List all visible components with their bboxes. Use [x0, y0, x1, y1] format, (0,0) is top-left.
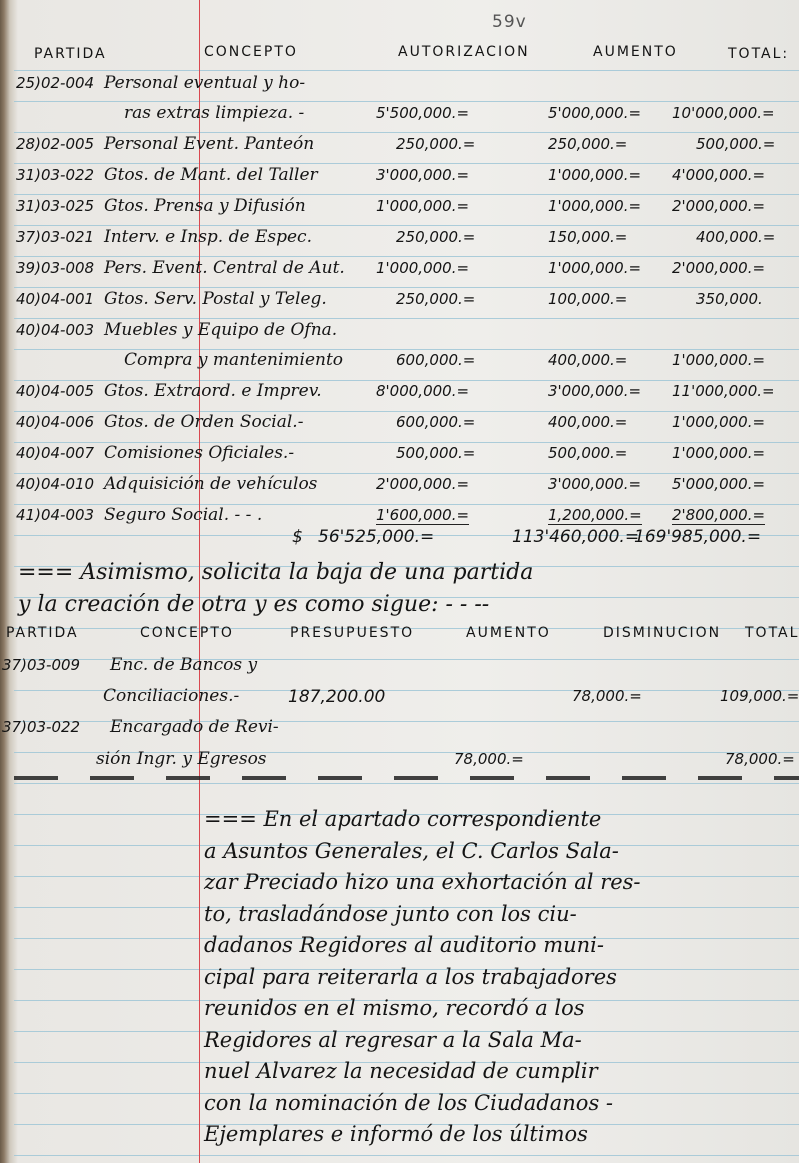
- ruled-line: [14, 256, 799, 257]
- cell-aumento: 100,000.=: [548, 290, 627, 308]
- cell-autorizacion: 1'600,000.=: [376, 506, 469, 525]
- ruled-line: [14, 225, 799, 226]
- cell-concepto: Adquisición de vehículos: [104, 474, 317, 494]
- folio-number: 59v: [492, 12, 527, 32]
- cell-partida: 31)03-022: [16, 166, 94, 184]
- header-aumento: AUMENTO: [593, 44, 678, 60]
- t2-row-2-concepto-cont: sión Ingr. y Egresos: [96, 749, 267, 769]
- cell-concepto-cont: ras extras limpieza. -: [124, 103, 304, 123]
- cell-partida: 41)04-003: [16, 506, 94, 524]
- cell-partida: 40)04-001: [16, 290, 94, 308]
- paragraph-2-line: === En el apartado correspondiente: [204, 807, 794, 831]
- cell-concepto: Personal Event. Panteón: [104, 134, 314, 154]
- cell-total: 400,000.=: [696, 228, 775, 246]
- paragraph-2-line: nuel Alvarez la necesidad de cumplir: [204, 1059, 794, 1083]
- cell-concepto-cont: Compra y mantenimiento: [124, 350, 343, 370]
- t2-header-concepto: CONCEPTO: [140, 625, 234, 641]
- cell-partida: 25)02-004: [16, 74, 94, 92]
- cell-concepto: Gtos. Extraord. e Imprev.: [104, 381, 322, 401]
- cell-total: 10'000,000.=: [672, 104, 775, 122]
- t2-header-aumento: AUMENTO: [466, 625, 551, 641]
- totals-symbol: $: [292, 527, 303, 547]
- totals-total: 169'985,000.=: [634, 527, 761, 547]
- totals-autorizacion: 56'525,000.=: [318, 527, 434, 547]
- cell-partida: 28)02-005: [16, 135, 94, 153]
- ruled-line: [14, 101, 799, 102]
- cell-concepto: Muebles y Equipo de Ofna.: [104, 320, 337, 340]
- cell-total: 4'000,000.=: [672, 166, 765, 184]
- cell-partida: 40)04-006: [16, 413, 94, 431]
- ruled-line: [14, 1155, 799, 1156]
- t2-row-2-concepto: Encargado de Revi-: [110, 717, 279, 737]
- ruled-line: [14, 318, 799, 319]
- cell-autorizacion: 250,000.=: [396, 290, 475, 308]
- cell-concepto: Gtos. de Orden Social.-: [104, 412, 303, 432]
- totals-aumento: 113'460,000.=: [512, 527, 639, 547]
- cell-concepto: Pers. Event. Central de Aut.: [104, 258, 345, 278]
- cell-total: 11'000,000.=: [672, 382, 775, 400]
- paragraph-1-line-1: === Asimismo, solicita la baja de una pa…: [18, 560, 533, 585]
- paragraph-2-line: a Asuntos Generales, el C. Carlos Sala-: [204, 839, 794, 863]
- cell-partida: 40)04-010: [16, 475, 94, 493]
- t2-row-2-total: 78,000.=: [725, 750, 795, 768]
- paragraph-2-line: con la nominación de los Ciudadanos -: [204, 1091, 794, 1115]
- cell-autorizacion: 5'500,000.=: [376, 104, 469, 122]
- paragraph-1-line-2: y la creación de otra y es como sigue: -…: [18, 592, 489, 617]
- cell-total: 1'000,000.=: [672, 444, 765, 462]
- paragraph-2-line: dadanos Regidores al auditorio muni-: [204, 933, 794, 957]
- t2-row-1-partida: 37)03-009: [2, 656, 80, 674]
- header-partida: PARTIDA: [34, 46, 107, 62]
- cell-total: 2'000,000.=: [672, 197, 765, 215]
- ruled-line: [14, 163, 799, 164]
- cell-total: 500,000.=: [696, 135, 775, 153]
- cell-concepto: Gtos. Serv. Postal y Teleg.: [104, 289, 327, 309]
- ruled-line: [14, 287, 799, 288]
- cell-partida: 40)04-003: [16, 321, 94, 339]
- cell-aumento: 250,000.=: [548, 135, 627, 153]
- paragraph-2-line: to, trasladándose junto con los ciu-: [204, 902, 794, 926]
- cell-autorizacion: 500,000.=: [396, 444, 475, 462]
- cell-aumento: 3'000,000.=: [548, 382, 641, 400]
- cell-aumento: 500,000.=: [548, 444, 627, 462]
- cell-total: 1'000,000.=: [672, 413, 765, 431]
- cell-total: 1'000,000.=: [672, 351, 765, 369]
- ledger-page: 59v PARTIDA CONCEPTO AUTORIZACION AUMENT…: [0, 0, 799, 1163]
- paragraph-2-line: cipal para reiterarla a los trabajadores: [204, 965, 794, 989]
- cell-autorizacion: 600,000.=: [396, 413, 475, 431]
- t2-row-1-disminucion: 78,000.=: [572, 687, 642, 705]
- cell-autorizacion: 3'000,000.=: [376, 166, 469, 184]
- cell-autorizacion: 1'000,000.=: [376, 259, 469, 277]
- cell-aumento: 5'000,000.=: [548, 104, 641, 122]
- t2-header-presupuesto: PRESUPUESTO: [290, 625, 414, 641]
- t2-row-1-presupuesto: 187,200.00: [288, 687, 385, 707]
- cell-autorizacion: 600,000.=: [396, 351, 475, 369]
- paragraph-2-line: Ejemplares e informó de los últimos: [204, 1122, 794, 1146]
- cell-concepto: Seguro Social. - - .: [104, 505, 262, 525]
- cell-concepto: Gtos. Prensa y Difusión: [104, 196, 306, 216]
- t2-row-1-total: 109,000.=: [720, 687, 799, 705]
- cell-aumento: 1'000,000.=: [548, 259, 641, 277]
- cell-autorizacion: 2'000,000.=: [376, 475, 469, 493]
- cell-concepto: Personal eventual y ho-: [104, 73, 305, 93]
- header-concepto: CONCEPTO: [204, 44, 298, 60]
- cell-aumento: 400,000.=: [548, 351, 627, 369]
- cell-partida: 40)04-005: [16, 382, 94, 400]
- cell-concepto: Comisiones Oficiales.-: [104, 443, 294, 463]
- paragraph-2-line: Regidores al regresar a la Sala Ma-: [204, 1028, 794, 1052]
- cell-autorizacion: 8'000,000.=: [376, 382, 469, 400]
- cell-autorizacion: 250,000.=: [396, 135, 475, 153]
- cell-aumento: 1,200,000.=: [548, 506, 642, 525]
- t2-row-2-aumento: 78,000.=: [454, 750, 524, 768]
- cell-aumento: 3'000,000.=: [548, 475, 641, 493]
- cell-autorizacion: 1'000,000.=: [376, 197, 469, 215]
- cell-total: 2'800,000.=: [672, 506, 765, 525]
- cell-partida: 31)03-025: [16, 197, 94, 215]
- cell-partida: 40)04-007: [16, 444, 94, 462]
- t2-row-1-concepto: Enc. de Bancos y: [110, 655, 257, 675]
- t2-header-partida: PARTIDA: [6, 625, 79, 641]
- separator-dashes: [14, 776, 799, 780]
- cell-autorizacion: 250,000.=: [396, 228, 475, 246]
- paragraph-2-line: zar Preciado hizo una exhortación al res…: [204, 870, 794, 894]
- cell-total: 5'000,000.=: [672, 475, 765, 493]
- cell-concepto: Gtos. de Mant. del Taller: [104, 165, 318, 185]
- cell-aumento: 150,000.=: [548, 228, 627, 246]
- header-total: TOTAL:: [728, 46, 789, 62]
- t2-header-total: TOTAL: [745, 625, 799, 641]
- cell-partida: 39)03-008: [16, 259, 94, 277]
- t2-header-disminucion: DISMINUCION: [603, 625, 721, 641]
- ruled-line: [14, 70, 799, 71]
- cell-aumento: 400,000.=: [548, 413, 627, 431]
- cell-aumento: 1'000,000.=: [548, 166, 641, 184]
- cell-total: 350,000.: [696, 290, 763, 308]
- cell-aumento: 1'000,000.=: [548, 197, 641, 215]
- t2-row-1-concepto-cont: Conciliaciones.-: [103, 686, 239, 706]
- ruled-line: [14, 194, 799, 195]
- ruled-line: [14, 783, 799, 784]
- cell-concepto: Interv. e Insp. de Espec.: [104, 227, 312, 247]
- paragraph-2-line: reunidos en el mismo, recordó a los: [204, 996, 794, 1020]
- cell-partida: 37)03-021: [16, 228, 94, 246]
- t2-row-2-partida: 37)03-022: [2, 718, 80, 736]
- cell-total: 2'000,000.=: [672, 259, 765, 277]
- ruled-line: [14, 132, 799, 133]
- header-autorizacion: AUTORIZACION: [398, 44, 530, 60]
